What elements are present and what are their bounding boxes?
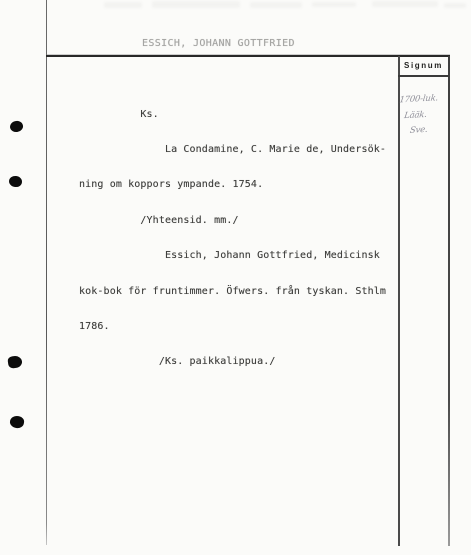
- bleed-through-mark: [312, 2, 356, 7]
- bleed-through-mark: [250, 2, 302, 8]
- handwritten-line: Sve.: [409, 122, 452, 140]
- entry-line: Ks.: [79, 109, 386, 121]
- top-horizontal-rule: [46, 55, 450, 57]
- bleed-through-mark: [104, 2, 142, 8]
- bleed-through-mark: [444, 3, 466, 8]
- punch-hole-dot: [9, 120, 24, 133]
- punch-hole-dot: [8, 175, 22, 187]
- entry-line: Essich, Johann Gottfried, Medicinsk: [79, 250, 386, 262]
- signum-handwritten-note: 1700-luk. Lääk. Sve.: [399, 91, 451, 140]
- left-margin-rule: [46, 0, 47, 545]
- signum-label: Signum: [398, 61, 449, 70]
- bleed-through-mark: [152, 1, 240, 8]
- catalog-card-scan: ESSICH, JOHANN GOTTFRIED Signum 1700-luk…: [0, 0, 471, 555]
- entry-line: ning om koppors ympande. 1754.: [79, 179, 386, 191]
- bleed-through-mark: [372, 1, 438, 7]
- entry-line: 1786.: [79, 321, 386, 333]
- catalog-entry-text: Ks. La Condamine, C. Marie de, Undersök-…: [79, 85, 386, 392]
- entry-line: kok-bok för fruntimmer. Öfwers. från tys…: [79, 286, 386, 298]
- entry-line: /Yhteensid. mm./: [79, 215, 386, 227]
- punch-hole-dot: [9, 415, 25, 429]
- card-heading: ESSICH, JOHANN GOTTFRIED: [142, 38, 295, 49]
- entry-line: La Condamine, C. Marie de, Undersök-: [79, 144, 386, 156]
- punch-hole-dot: [7, 355, 23, 369]
- entry-line: /Ks. paikkalippua./: [79, 356, 386, 368]
- signum-box-left-border: [398, 56, 400, 546]
- signum-header-underline: [398, 75, 449, 77]
